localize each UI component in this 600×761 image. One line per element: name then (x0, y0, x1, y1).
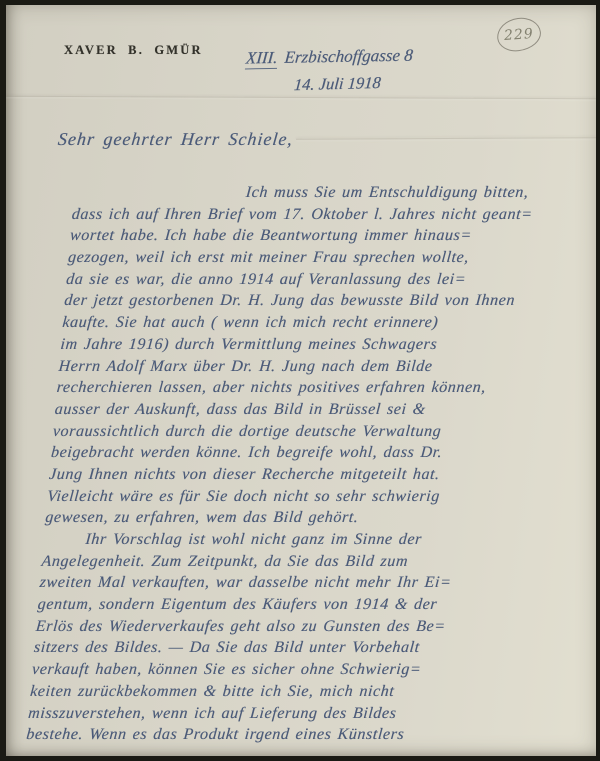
handwritten-line: dass ich auf Ihren Brief vom 17. Oktober… (71, 204, 596, 226)
handwritten-line: Ich muss Sie um Entschuldigung bitten, (73, 182, 596, 204)
handwritten-line: sitzers des Bildes. — Da Sie das Bild un… (33, 637, 565, 659)
handwritten-line: Vielleicht wäre es für Sie doch nicht so… (46, 486, 578, 508)
handwritten-line: misszuverstehen, wenn ich auf Lieferung … (27, 703, 559, 725)
paper-crease (296, 137, 596, 140)
handwritten-line: zweiten Mal verkauften, war dasselbe nic… (39, 572, 571, 594)
handwritten-line: Angelegenheit. Zum Zeitpunkt, da Sie das… (41, 551, 573, 573)
street-address: Erzbischoffgasse 8 (284, 46, 414, 67)
handwritten-line: gewesen, zu erfahren, wem das Bild gehör… (44, 507, 576, 529)
handwritten-line: im Jahre 1916) durch Vermittlung meines … (59, 334, 591, 356)
handwritten-line: Herrn Adolf Marx über Dr. H. Jung nach d… (58, 356, 590, 378)
salutation: Sehr geehrter Herr Schiele, (57, 129, 294, 150)
handwritten-line: Ihr Vorschlag ist wohl nicht ganz im Sin… (42, 529, 574, 551)
handwritten-line: der jetzt gestorbenen Dr. H. Jung das be… (63, 290, 595, 312)
handwritten-line: Jung Ihnen nichts von dieser Recherche m… (48, 464, 580, 486)
handwritten-line: gezogen, weil ich erst mit meiner Frau s… (67, 247, 596, 269)
handwritten-line: beigebracht werden könne. Ich begreife w… (50, 442, 582, 464)
handwritten-line: bestehe. Wenn es das Produkt irgend eine… (25, 724, 557, 746)
archive-number-stamp: 229 (495, 15, 543, 53)
date-line: 14. Juli 1918 (293, 73, 381, 95)
handwritten-line: voraussichtlich durch die dortige deutsc… (52, 421, 584, 443)
handwritten-line: wortet habe. Ich habe die Beantwortung i… (69, 225, 596, 247)
archive-number: 229 (504, 25, 535, 43)
handwritten-line: keiten zurückbekommen & bitte ich Sie, m… (29, 681, 561, 703)
district-number: XIII. (245, 48, 279, 70)
handwritten-line: kaufte. Sie hat auch ( wenn ich mich rec… (61, 312, 593, 334)
paper-crease (6, 96, 596, 100)
letter-paper: XAVER B. GMÜR 229 XIII.Erzbischoffgasse … (6, 5, 596, 756)
handwritten-line: da sie es war, die anno 1914 auf Veranla… (65, 269, 596, 291)
handwritten-line: recherchieren lassen, aber nichts positi… (56, 377, 588, 399)
handwritten-line: Erlös des Wiederverkaufes geht also zu G… (35, 616, 567, 638)
address-line: XIII.Erzbischoffgasse 8 (245, 46, 414, 69)
letter-body: Ich muss Sie um Entschuldigung bitten,da… (25, 182, 596, 746)
handwritten-line: verkauft haben, können Sie es sicher ohn… (31, 659, 563, 681)
letterhead-name: XAVER B. GMÜR (64, 43, 203, 58)
scanned-letter-page: { "page": { "letterhead": "XAVER B. GMÜR… (0, 0, 600, 761)
handwritten-line: gentum, sondern Eigentum des Käufers von… (37, 594, 569, 616)
handwritten-line: ausser der Auskunft, dass das Bild in Br… (54, 399, 586, 421)
